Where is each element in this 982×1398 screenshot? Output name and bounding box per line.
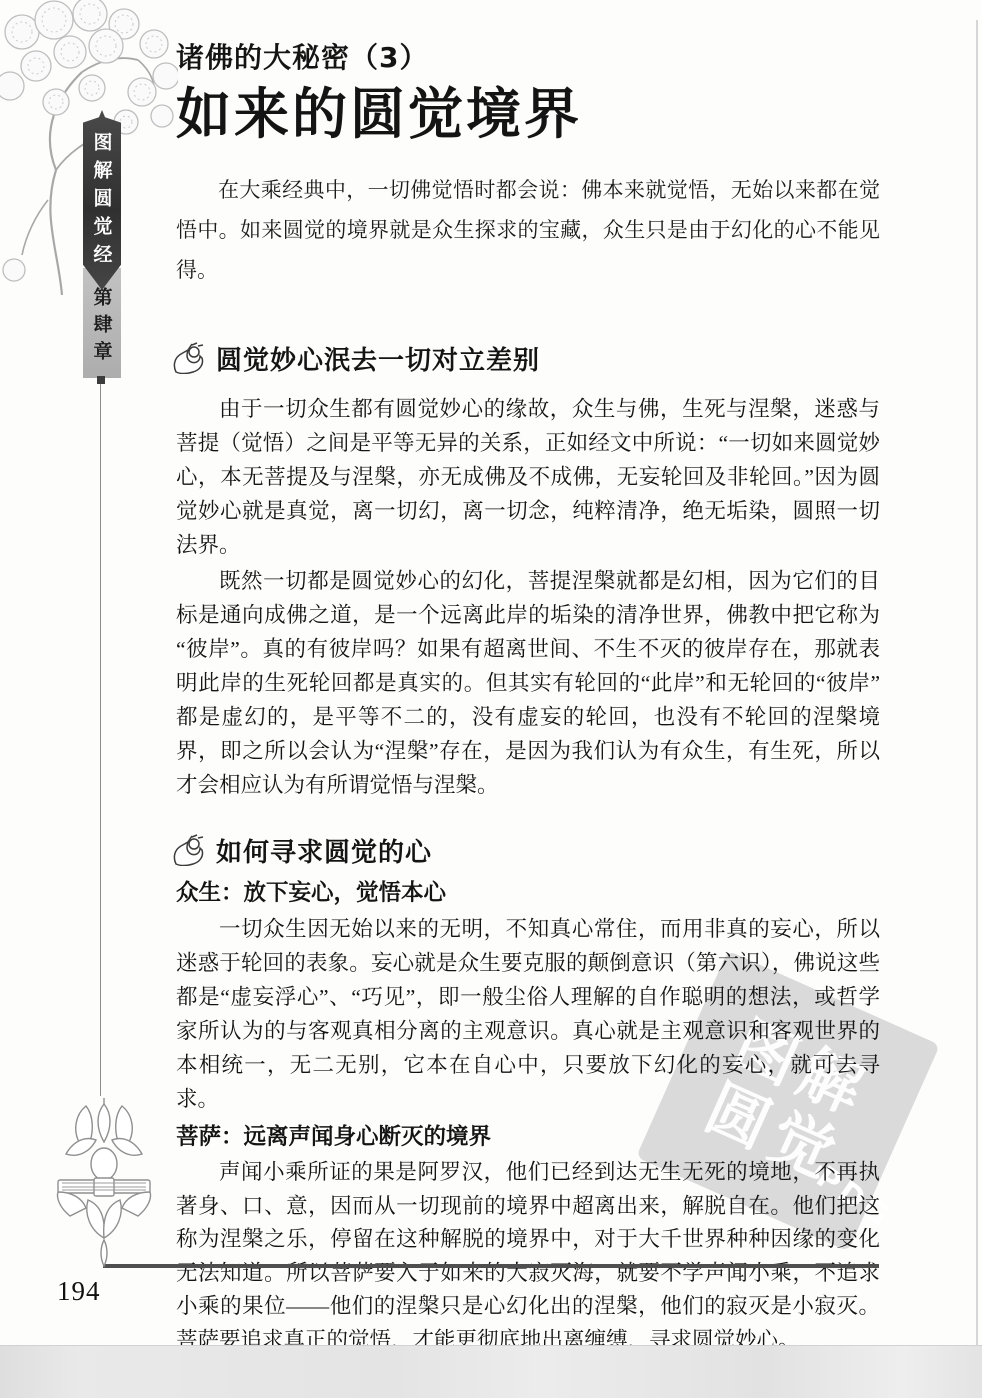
series-subtitle: 诸佛的大秘密（3） (176, 40, 880, 76)
page-number: 194 (57, 1276, 101, 1307)
lotus-sutra-illustration (50, 1096, 158, 1268)
chapter-label: 第肆章 (89, 287, 116, 368)
book-page: 图解圆觉经 第肆章 图解圆觉 (0, 0, 982, 1398)
scan-bottom-edge (0, 1345, 982, 1398)
series-title: 图解圆觉经 (89, 132, 116, 272)
section-heading-2: 如何寻求圆觉的心 (172, 828, 880, 872)
main-content: 诸佛的大秘密（3） 如来的圆觉境界 在大乘经典中，一切佛觉悟时都会说：佛本来就觉… (176, 0, 880, 1357)
hand-mudra-icon (172, 342, 208, 374)
paragraph: 既然一切都是圆觉妙心的幻化，菩提涅槃就都是幻相，因为它们的目标是通向成佛之道，是… (176, 564, 880, 802)
intro-paragraph: 在大乘经典中，一切佛觉悟时都会说：佛本来就觉悟，无始以来都在觉悟中。如来圆觉的境… (176, 170, 880, 290)
chapter-banner: 图解圆觉经 第肆章 (83, 110, 121, 372)
paragraph: 声闻小乘所证的果是阿罗汉，他们已经到达无生无死的境地，不再执著身、口、意，因而从… (176, 1156, 880, 1357)
paragraph: 由于一切众生都有圆觉妙心的缘故，众生与佛，生死与涅槃，迷惑与菩提（觉悟）之间是平… (176, 392, 880, 562)
section-title: 圆觉妙心泯去一切对立差别 (216, 340, 540, 377)
banner-vertical-line (100, 384, 101, 1096)
section-heading-1: 圆觉妙心泯去一切对立差别 (172, 336, 880, 380)
paragraph: 一切众生因无始以来的无明，不知真心常住，而用非真的妄心，所以迷惑于轮回的表象。妄… (176, 912, 880, 1116)
banner-line-cap (97, 376, 105, 384)
series-banner-dark: 图解圆觉经 (83, 110, 121, 290)
subsection-heading: 菩萨：远离声闻身心断灭的境界 (176, 1122, 880, 1152)
page-title: 如来的圆觉境界 (176, 82, 880, 146)
hand-mudra-icon (172, 834, 208, 866)
section-title: 如何寻求圆觉的心 (216, 832, 432, 869)
page-edge-shadow (976, 20, 978, 1346)
footer-rule (103, 1264, 879, 1268)
subsection-heading: 众生：放下妄心，觉悟本心 (176, 878, 880, 908)
